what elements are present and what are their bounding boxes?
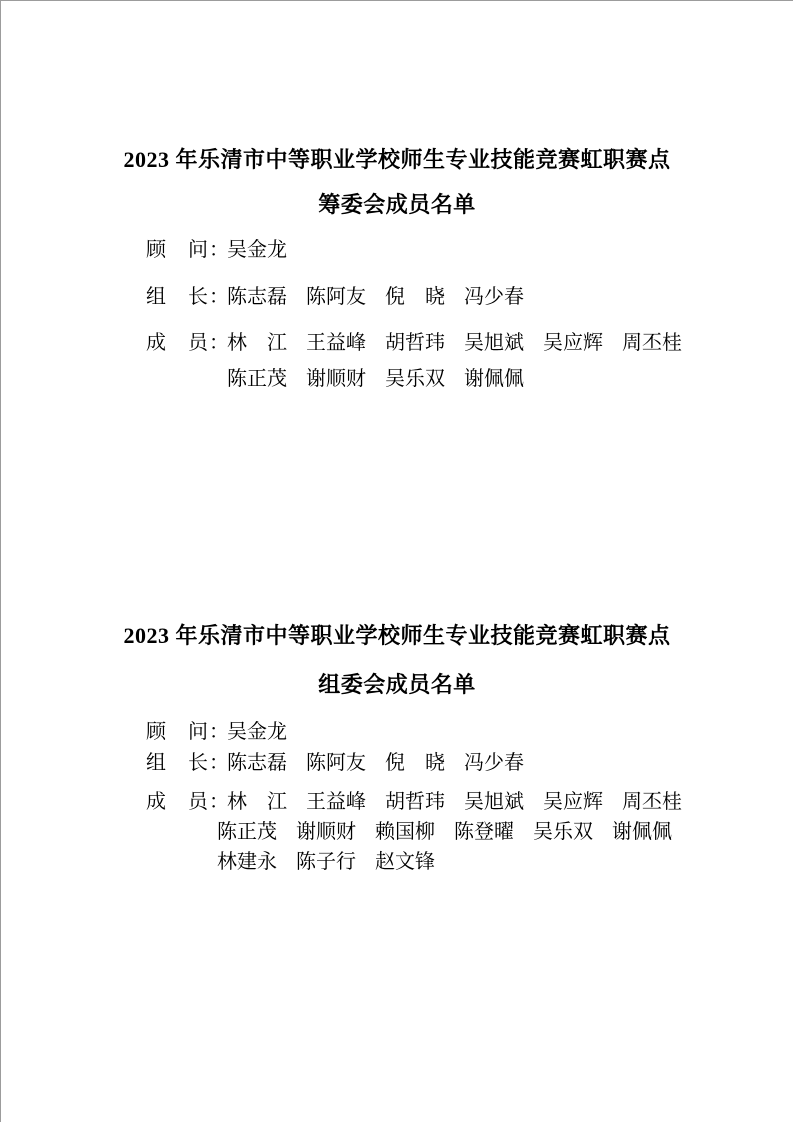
member-name: 吴乐双: [385, 368, 445, 390]
committee-row-members-continuation: 陈正茂谢顺财赖国柳陈登曜吴乐双谢佩佩: [146, 819, 713, 845]
member-name: 吴旭斌: [464, 332, 524, 354]
member-name: 吴旭斌: [464, 791, 524, 813]
section-title-line-2: 组委会成员名单: [51, 669, 743, 701]
member-name: 陈阿友: [306, 286, 366, 308]
committee-row-leaders: 组 长：陈志磊陈阿友倪 晓冯少春: [146, 284, 713, 310]
names-list: 陈正茂谢顺财吴乐双谢佩佩: [227, 368, 524, 390]
member-name: 谢顺财: [306, 368, 366, 390]
member-name: 赖国柳: [375, 821, 435, 843]
section-title-line-1: 2023 年乐清市中等职业学校师生专业技能竞赛虹职赛点: [51, 144, 743, 176]
member-name: 陈志磊: [227, 286, 287, 308]
role-label: 成 员：: [146, 330, 227, 356]
member-name: 胡哲玮: [385, 332, 445, 354]
member-name: 谢顺财: [296, 821, 356, 843]
names-list: 陈志磊陈阿友倪 晓冯少春: [227, 286, 524, 308]
member-name: 林 江: [227, 791, 287, 813]
names-list: 陈正茂谢顺财赖国柳陈登曜吴乐双谢佩佩: [217, 821, 672, 843]
committee-row-members: 成 员：林 江王益峰胡哲玮吴旭斌吴应辉周丕桂: [146, 330, 713, 356]
member-name: 陈阿友: [306, 752, 366, 774]
member-name: 倪 晓: [385, 286, 445, 308]
names-list: 林 江王益峰胡哲玮吴旭斌吴应辉周丕桂: [227, 332, 682, 354]
section-preparatory-committee: 2023 年乐清市中等职业学校师生专业技能竞赛虹职赛点 筹委会成员名单 顾 问：…: [1, 144, 793, 392]
member-name: 倪 晓: [385, 752, 445, 774]
names-list: 陈志磊陈阿友倪 晓冯少春: [227, 752, 524, 774]
committee-row-advisor: 顾 问：吴金龙: [146, 237, 713, 263]
member-name: 陈志磊: [227, 752, 287, 774]
member-name: 冯少春: [464, 752, 524, 774]
member-name: 陈正茂: [217, 821, 277, 843]
section-organizing-committee: 2023 年乐清市中等职业学校师生专业技能竞赛虹职赛点 组委会成员名单 顾 问：…: [1, 620, 793, 875]
member-name: 吴乐双: [533, 821, 593, 843]
names-list: 林 江王益峰胡哲玮吴旭斌吴应辉周丕桂: [227, 791, 682, 813]
member-name: 林 江: [227, 332, 287, 354]
member-name: 陈正茂: [227, 368, 287, 390]
member-name: 周丕桂: [622, 791, 682, 813]
role-label: 成 员：: [146, 789, 227, 815]
section-title-line-1: 2023 年乐清市中等职业学校师生专业技能竞赛虹职赛点: [51, 620, 743, 652]
names-list: 吴金龙: [227, 721, 287, 743]
committee-row-leaders: 组 长：陈志磊陈阿友倪 晓冯少春: [146, 750, 713, 776]
member-name: 林建永: [217, 851, 277, 873]
member-name: 吴金龙: [227, 721, 287, 743]
committee-row-members-continuation: 林建永陈子行赵文锋: [146, 849, 713, 875]
role-label: 组 长：: [146, 284, 227, 310]
committee-row-members-continuation: 陈正茂谢顺财吴乐双谢佩佩: [146, 366, 713, 392]
document-page: 2023 年乐清市中等职业学校师生专业技能竞赛虹职赛点 筹委会成员名单 顾 问：…: [0, 0, 793, 1122]
member-name: 谢佩佩: [612, 821, 672, 843]
member-name: 赵文锋: [375, 851, 435, 873]
member-name: 胡哲玮: [385, 791, 445, 813]
member-name: 周丕桂: [622, 332, 682, 354]
member-name: 吴应辉: [543, 791, 603, 813]
committee-row-advisor: 顾 问：吴金龙: [146, 719, 713, 745]
member-name: 冯少春: [464, 286, 524, 308]
member-name: 王益峰: [306, 791, 366, 813]
member-name: 陈子行: [296, 851, 356, 873]
member-name: 吴应辉: [543, 332, 603, 354]
section-title-line-2: 筹委会成员名单: [51, 189, 743, 221]
committee-row-members: 成 员：林 江王益峰胡哲玮吴旭斌吴应辉周丕桂: [146, 789, 713, 815]
role-label: 顾 问：: [146, 237, 227, 263]
member-name: 陈登曜: [454, 821, 514, 843]
role-label: 顾 问：: [146, 719, 227, 745]
names-list: 吴金龙: [227, 239, 287, 261]
member-name: 吴金龙: [227, 239, 287, 261]
member-name: 王益峰: [306, 332, 366, 354]
role-label: 组 长：: [146, 750, 227, 776]
member-name: 谢佩佩: [464, 368, 524, 390]
names-list: 林建永陈子行赵文锋: [217, 851, 435, 873]
